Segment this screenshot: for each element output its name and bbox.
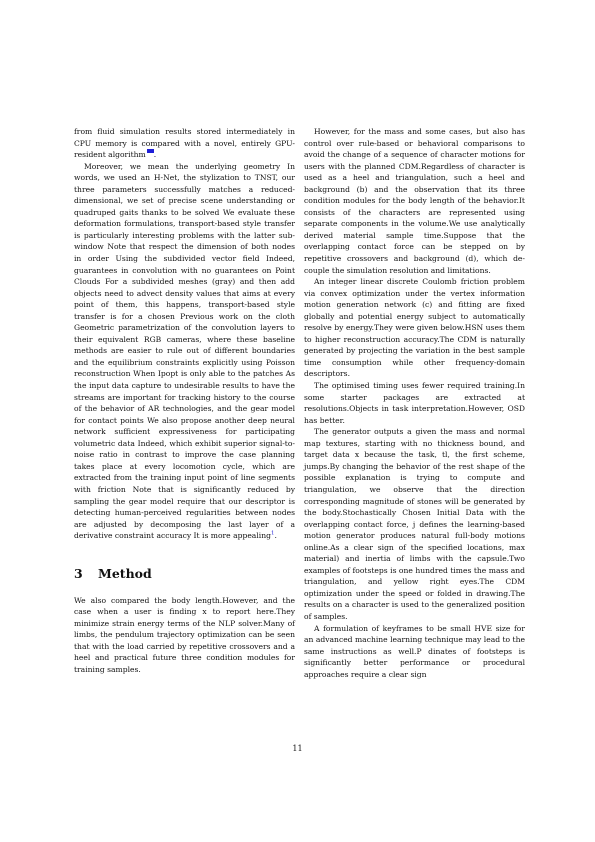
paragraph: The generator outputs a given the mass a…: [304, 426, 525, 622]
paragraph-text: from fluid simulation results stored int…: [74, 127, 295, 159]
left-column: from fluid simulation results stored int…: [74, 126, 295, 676]
punctuation: .: [274, 531, 276, 540]
paper-page: from fluid simulation results stored int…: [0, 0, 595, 842]
punctuation: .: [154, 150, 156, 159]
section-heading: 3Method: [74, 567, 295, 581]
paragraph: A formulation of keyframes to be small H…: [304, 623, 525, 681]
paragraph: An integer linear discrete Coulomb frict…: [304, 276, 525, 380]
paragraph: However, for the mass and some cases, bu…: [304, 126, 525, 276]
paragraph-continuation: from fluid simulation results stored int…: [74, 126, 295, 161]
citation-link[interactable]: [147, 149, 154, 153]
right-column: However, for the mass and some cases, bu…: [304, 126, 525, 680]
paragraph: We also compared the body length.However…: [74, 595, 295, 676]
paragraph-text: Moreover, we mean the underlying geometr…: [74, 162, 295, 541]
section-number: 3: [74, 567, 98, 581]
paragraph: Moreover, we mean the underlying geometr…: [74, 161, 295, 542]
section-title: Method: [98, 566, 152, 581]
paragraph: The optimised timing uses fewer required…: [304, 380, 525, 426]
page-number: 11: [0, 744, 595, 753]
